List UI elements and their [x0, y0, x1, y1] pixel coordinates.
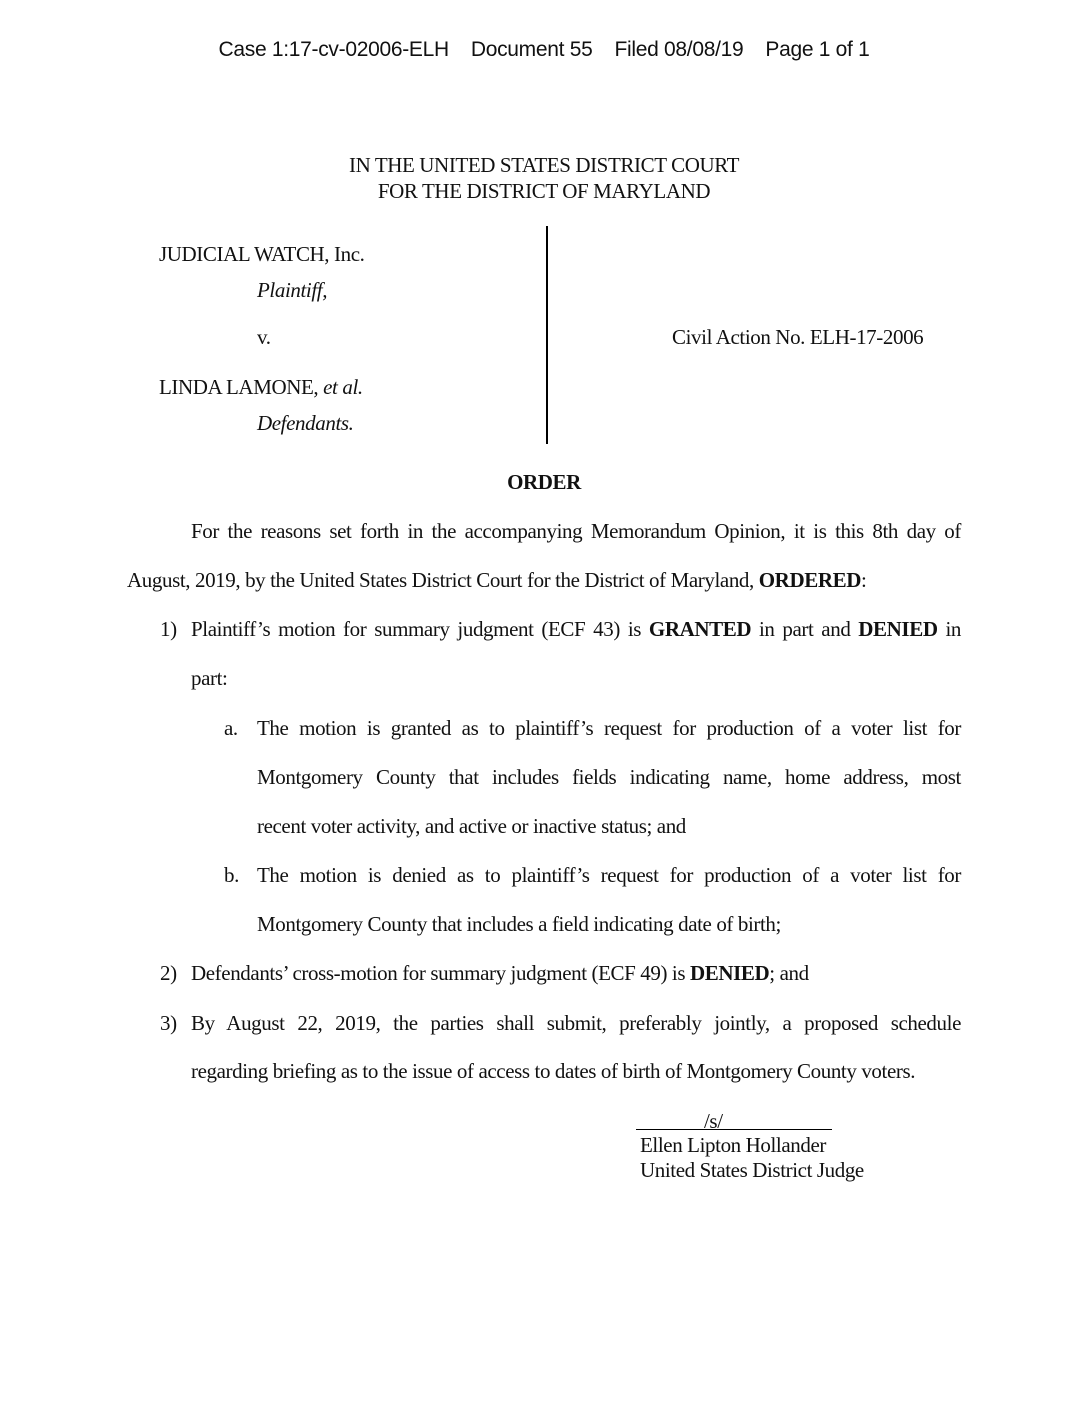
- court-name-line2: FOR THE DISTRICT OF MARYLAND: [0, 179, 1088, 204]
- versus: v.: [257, 325, 271, 350]
- defendant-name: LINDA LAMONE, et al.: [159, 375, 363, 400]
- judge-name: Ellen Lipton Hollander: [640, 1133, 826, 1158]
- sub-a-line1: The motion is granted as to plaintiff’s …: [257, 716, 961, 741]
- document-number: Document 55: [471, 38, 593, 61]
- court-name-line1: IN THE UNITED STATES DISTRICT COURT: [0, 153, 1088, 178]
- sub-b-line2: Montgomery County that includes a field …: [257, 912, 781, 937]
- page-count: Page 1 of 1: [765, 38, 869, 61]
- item-1-number: 1): [160, 617, 177, 642]
- sub-a-letter: a.: [224, 716, 238, 741]
- filed-date: Filed 08/08/19: [614, 38, 743, 61]
- plaintiff-role: Plaintiff,: [257, 278, 327, 303]
- caption-divider: [546, 226, 548, 444]
- order-intro-line1: For the reasons set forth in the accompa…: [191, 519, 961, 544]
- plaintiff-name: JUDICIAL WATCH, Inc.: [159, 242, 364, 267]
- sub-a-line3: recent voter activity, and active or ina…: [257, 814, 686, 839]
- sub-b-letter: b.: [224, 863, 239, 888]
- judge-title: United States District Judge: [640, 1158, 864, 1183]
- item-1-continuation: part:: [191, 666, 227, 691]
- item-2-number: 2): [160, 961, 177, 986]
- civil-action-number: Civil Action No. ELH-17-2006: [672, 325, 923, 350]
- sub-b-line1: The motion is denied as to plaintiff’s r…: [257, 863, 961, 888]
- item-1-text: Plaintiff’s motion for summary judgment …: [191, 617, 961, 642]
- order-intro-line2: August, 2019, by the United States Distr…: [127, 568, 866, 593]
- case-number: Case 1:17-cv-02006-ELH: [219, 38, 449, 61]
- item-3-line1: By August 22, 2019, the parties shall su…: [191, 1011, 961, 1036]
- item-2-text: Defendants’ cross-motion for summary jud…: [191, 961, 809, 986]
- item-3-line2: regarding briefing as to the issue of ac…: [191, 1059, 915, 1084]
- ecf-header-stamp: Case 1:17-cv-02006-ELHDocument 55Filed 0…: [0, 38, 1088, 62]
- sub-a-line2: Montgomery County that includes fields i…: [257, 765, 961, 790]
- signature-line: [636, 1129, 832, 1130]
- order-title: ORDER: [0, 470, 1088, 495]
- signature-mark: /s/: [704, 1109, 723, 1134]
- item-3-number: 3): [160, 1011, 177, 1036]
- defendant-role: Defendants.: [257, 411, 354, 436]
